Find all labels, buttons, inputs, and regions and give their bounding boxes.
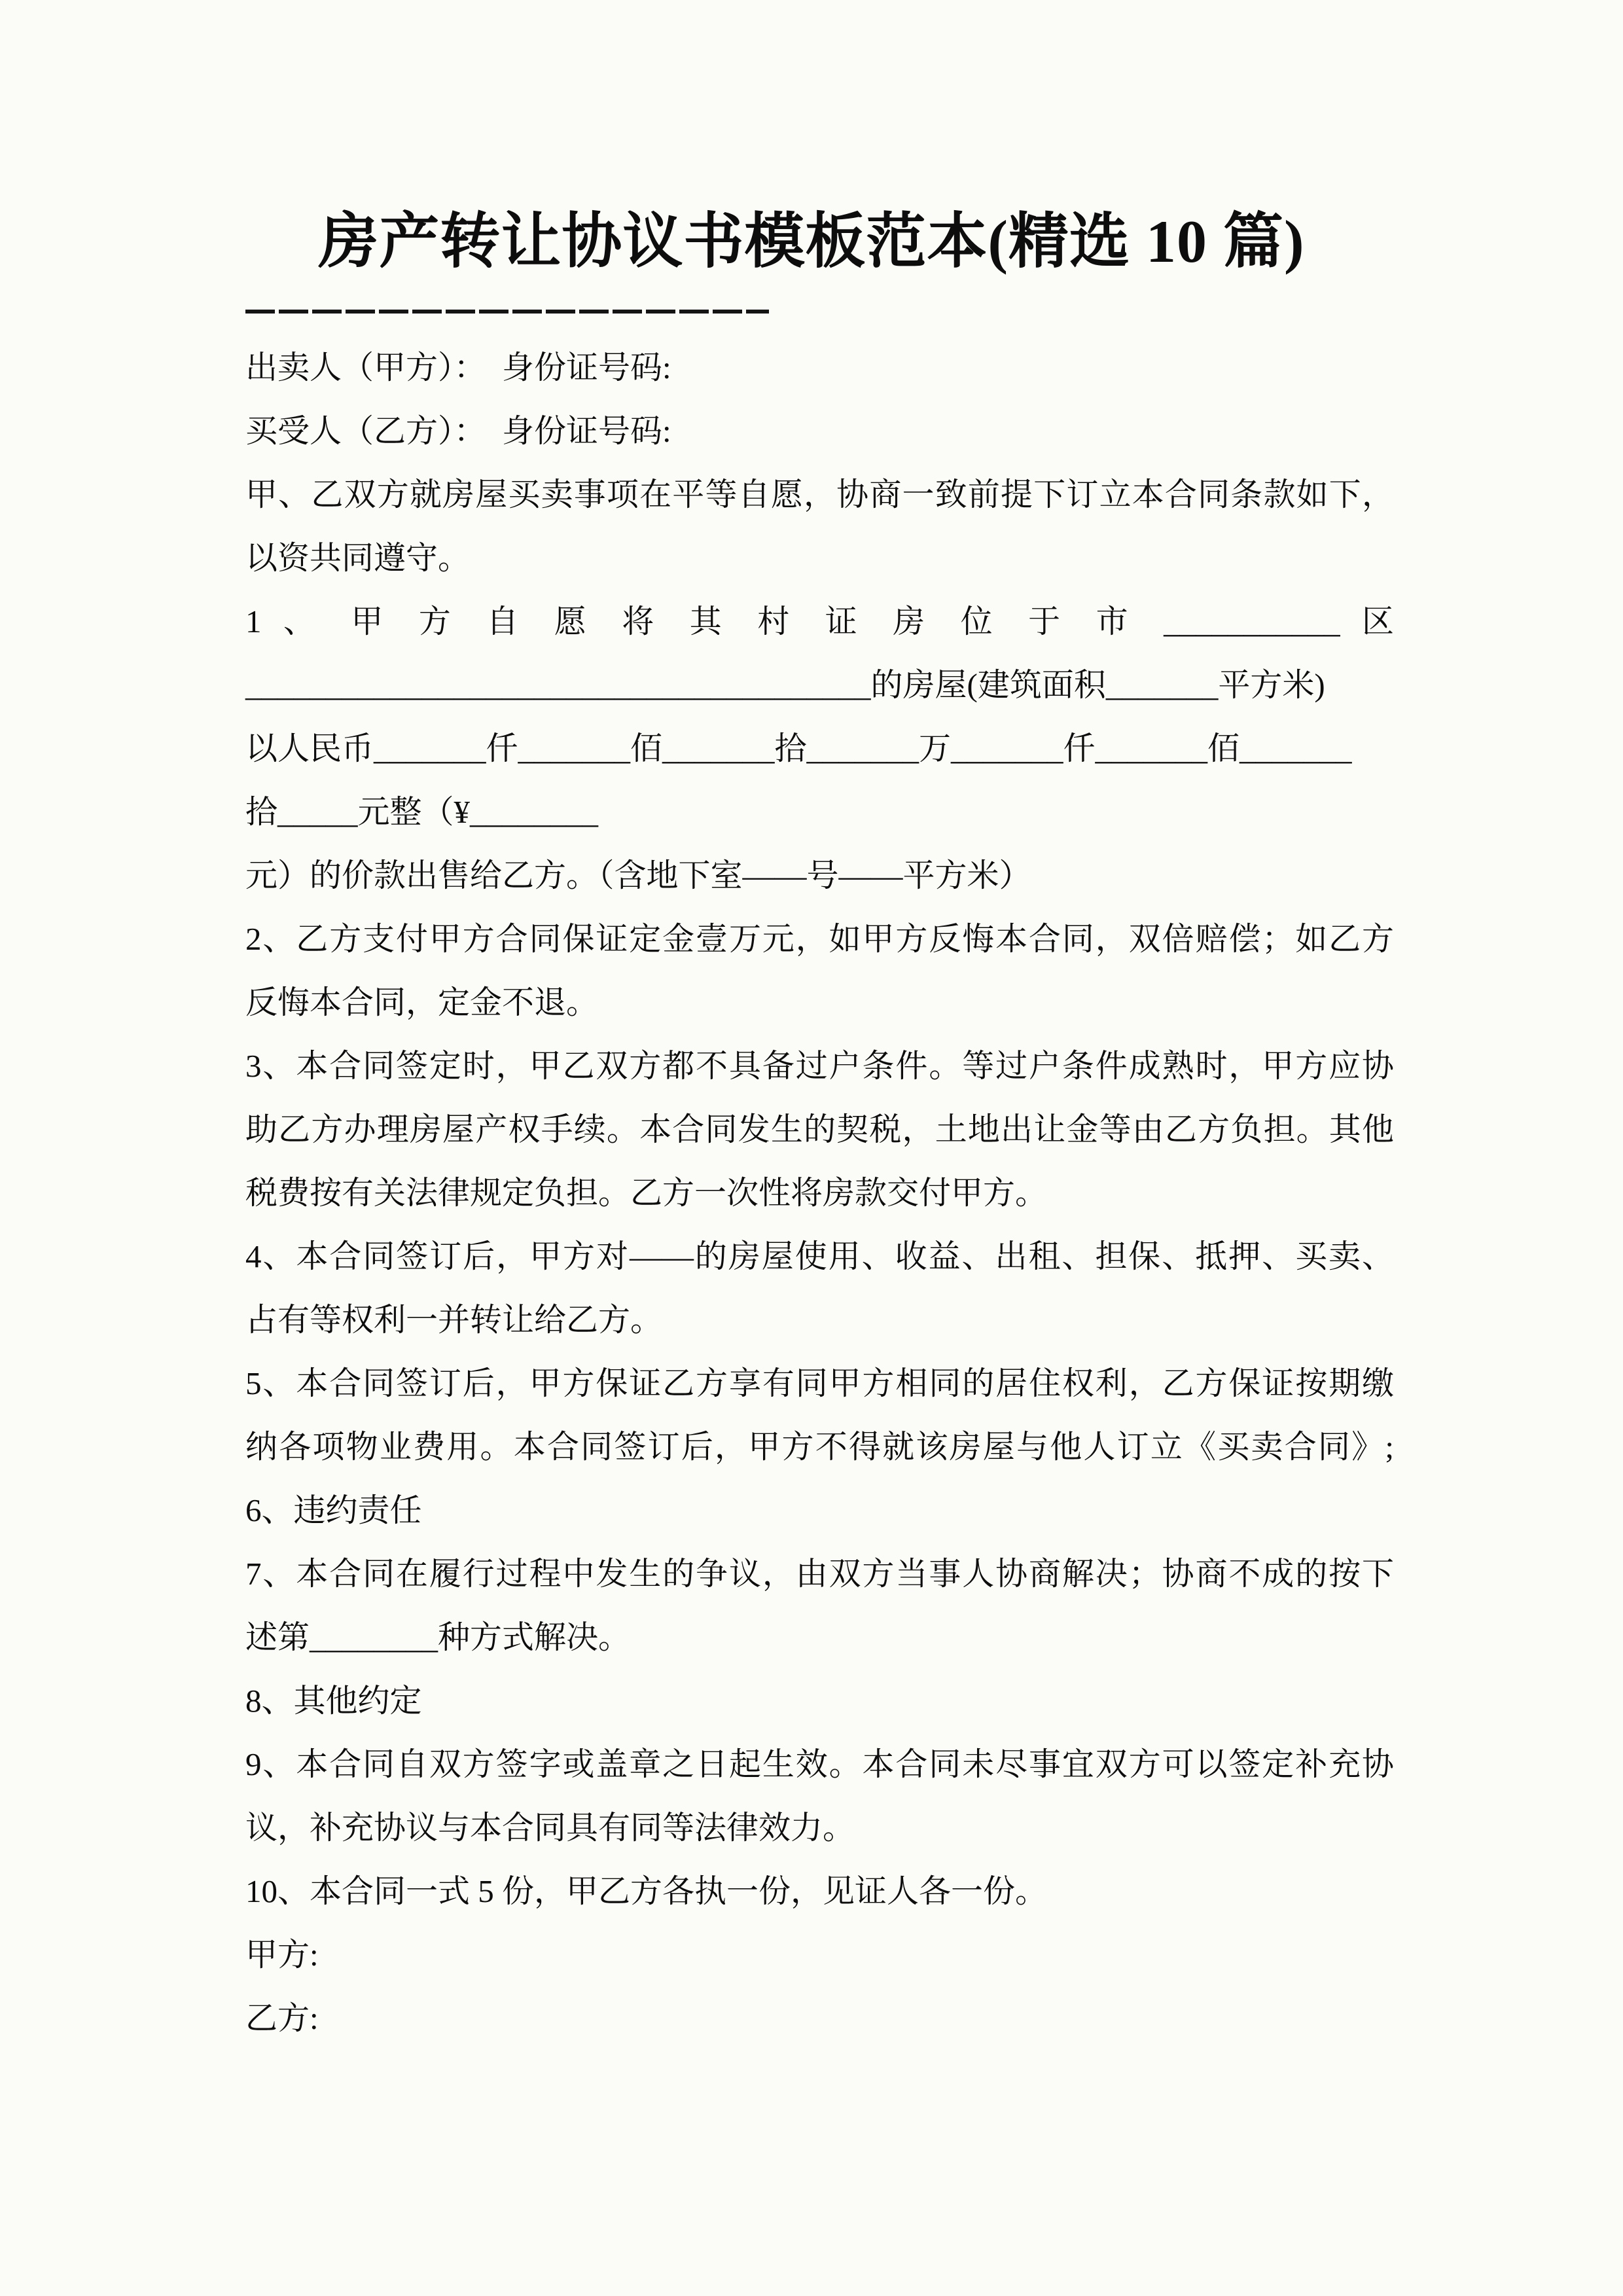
clause-1-price-numeric: 拾_____元整（¥________	[245, 780, 1394, 844]
clause-8-line: 8、其他约定	[245, 1669, 1394, 1732]
clause-4-line-1: 4、本合同签订后，甲方对——的房屋使用、收益、出租、担保、抵押、买卖、	[245, 1225, 1394, 1288]
clause-7-line-1: 7、本合同在履行过程中发生的争议，由双方当事人协商解决；协商不成的按下	[245, 1542, 1394, 1605]
clause-1-line-2: _______________________________________的…	[245, 653, 1394, 717]
clause-9-line-1: 9、本合同自双方签字或盖章之日起生效。本合同未尽事宜双方可以签定补充协	[245, 1732, 1394, 1796]
clause-10-line: 10、本合同一式 5 份，甲乙方各执一份，见证人各一份。	[245, 1859, 1394, 1923]
clause-1-line-5: 元）的价款出售给乙方。（含地下室——号——平方米）	[245, 844, 1394, 907]
clause-3-line-2: 助乙方办理房屋产权手续。本合同发生的契税，土地出让金等由乙方负担。其他	[245, 1098, 1394, 1161]
document-title: 房产转让协议书模板范本(精选 10 篇)	[0, 0, 1623, 279]
clause-7-line-2: 述第________种方式解决。	[245, 1605, 1394, 1669]
clause-9-line-2: 议，补充协议与本合同具有同等法律效力。	[245, 1796, 1394, 1859]
clause-2-line-2: 反悔本合同，定金不退。	[245, 971, 1394, 1034]
clause-1-price-in-words: 以人民币_______仟_______佰_______拾_______万____…	[245, 717, 1394, 780]
clause-5-line-2: 纳各项物业费用。本合同签订后，甲方不得就该房屋与他人订立《买卖合同》;	[245, 1415, 1394, 1479]
clause-3-line-3: 税费按有关法律规定负担。乙方一次性将房款交付甲方。	[245, 1161, 1394, 1225]
party-a-signature-line: 甲方:	[245, 1923, 1394, 1986]
seller-id-line: 出卖人（甲方）： 身份证号码:	[245, 336, 1394, 399]
preamble-line-2: 以资共同遵守。	[245, 526, 1394, 590]
preamble-line-1: 甲、乙双方就房屋买卖事项在平等自愿，协商一致前提下订立本合同条款如下，	[245, 463, 1394, 526]
contract-body: 出卖人（甲方）： 身份证号码: 买受人（乙方）： 身份证号码: 甲、乙双方就房屋…	[245, 336, 1394, 2050]
clause-2-line-1: 2、乙方支付甲方合同保证定金壹万元，如甲方反悔本合同，双倍赔偿；如乙方	[245, 907, 1394, 971]
divider-line	[245, 310, 769, 314]
document-page: 房产转让协议书模板范本(精选 10 篇) 出卖人（甲方）： 身份证号码: 买受人…	[0, 0, 1623, 2296]
party-b-signature-line: 乙方:	[245, 1986, 1394, 2050]
buyer-id-line: 买受人（乙方）： 身份证号码:	[245, 399, 1394, 463]
clause-6-line: 6、违约责任	[245, 1479, 1394, 1542]
clause-3-line-1: 3、本合同签定时，甲乙双方都不具备过户条件。等过户条件成熟时，甲方应协	[245, 1034, 1394, 1098]
clause-1-line-1: 1 、 甲 方 自 愿 将 其 村 证 房 位 于 市 ___________ …	[245, 590, 1394, 653]
clause-5-line-1: 5、本合同签订后，甲方保证乙方享有同甲方相同的居住权利，乙方保证按期缴	[245, 1352, 1394, 1415]
clause-4-line-2: 占有等权利一并转让给乙方。	[245, 1288, 1394, 1352]
